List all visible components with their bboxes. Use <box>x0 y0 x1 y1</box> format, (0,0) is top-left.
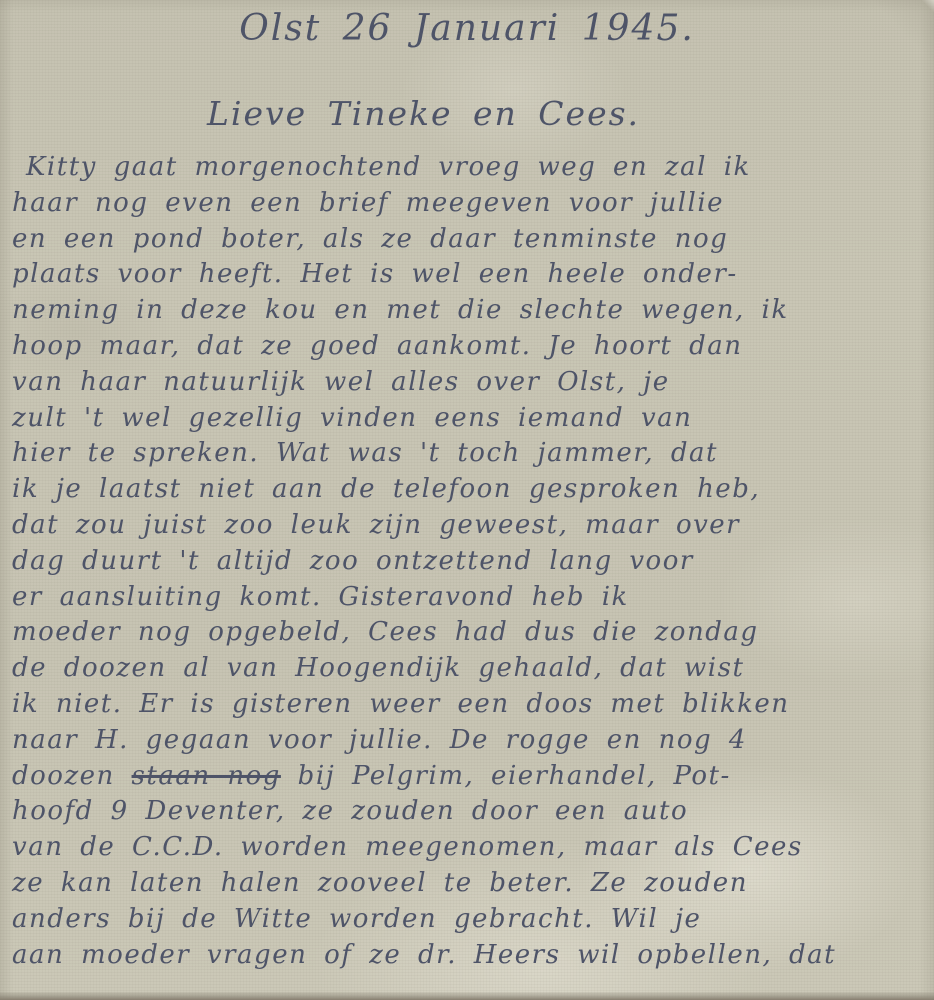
date-line: Olst 26 Januari 1945. <box>0 8 934 49</box>
letter-line: zult 't wel gezellig vinden eens iemand … <box>12 401 928 437</box>
letter-line: anders bij de Witte worden gebracht. Wil… <box>12 902 928 938</box>
letter-line: hier te spreken. Wat was 't toch jammer,… <box>12 436 928 472</box>
letter-line: doozen staan nog bij Pelgrim, eierhandel… <box>12 759 928 795</box>
crossed-out-text: staan nog <box>132 761 281 791</box>
line-text: doozen <box>12 761 132 791</box>
letter-line: ik je laatst niet aan de telefoon gespro… <box>12 472 928 508</box>
letter-line: neming in deze kou en met die slechte we… <box>12 293 928 329</box>
letter-line: hoop maar, dat ze goed aankomt. Je hoort… <box>12 329 928 365</box>
letter-line: aan moeder vragen of ze dr. Heers wil op… <box>12 938 928 974</box>
letter-line: er aansluiting komt. Gisteravond heb ik <box>12 580 928 616</box>
salutation: Lieve Tineke en Cees. <box>207 94 640 133</box>
letter-line: en een pond boter, als ze daar tenminste… <box>12 222 928 258</box>
letter-line: ze kan laten halen zooveel te beter. Ze … <box>12 866 928 902</box>
letter-line: haar nog even een brief meegeven voor ju… <box>12 186 928 222</box>
letter-line: plaats voor heeft. Het is wel een heele … <box>12 257 928 293</box>
letter-line: van de C.C.D. worden meegenomen, maar al… <box>12 830 928 866</box>
letter-line: van haar natuurlijk wel alles over Olst,… <box>12 365 928 401</box>
letter-line: dag duurt 't altijd zoo ontzettend lang … <box>12 544 928 580</box>
letter-line: moeder nog opgebeld, Cees had dus die zo… <box>12 615 928 651</box>
letter-line: hoofd 9 Deventer, ze zouden door een aut… <box>12 794 928 830</box>
letter-page: Olst 26 Januari 1945. Lieve Tineke en Ce… <box>0 0 934 1000</box>
paper-bottom-edge <box>0 992 934 1000</box>
letter-line: Kitty gaat morgenochtend vroeg weg en za… <box>12 150 928 186</box>
letter-line: naar H. gegaan voor jullie. De rogge en … <box>12 723 928 759</box>
letter-line: ik niet. Er is gisteren weer een doos me… <box>12 687 928 723</box>
line-text: bij Pelgrim, eierhandel, Pot- <box>281 761 731 791</box>
letter-line: dat zou juist zoo leuk zijn geweest, maa… <box>12 508 928 544</box>
letter-body: Kitty gaat morgenochtend vroeg weg en za… <box>12 150 928 973</box>
letter-line: de doozen al van Hoogendijk gehaald, dat… <box>12 651 928 687</box>
